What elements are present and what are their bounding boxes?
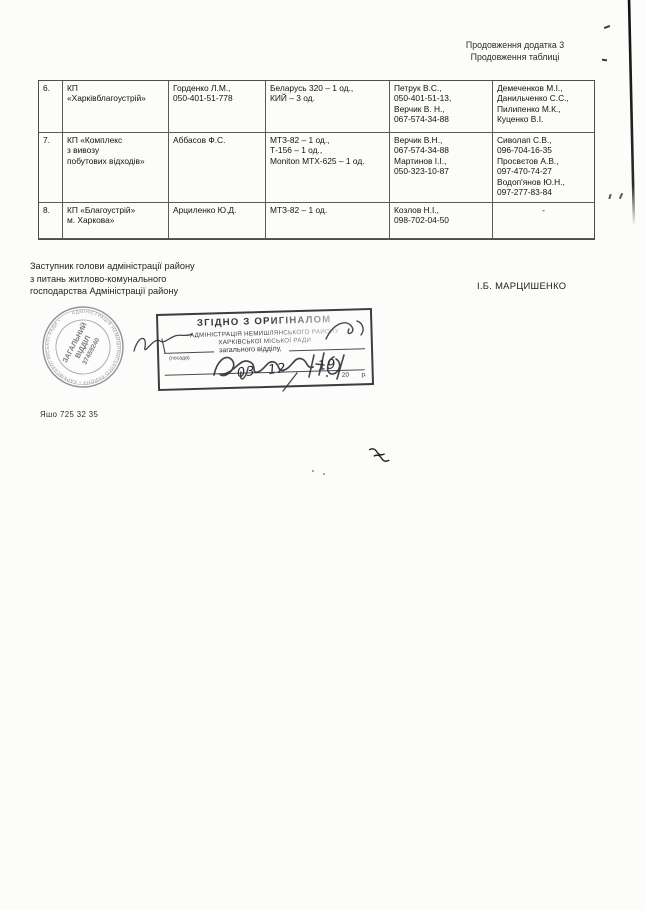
stamp-year-prefix: 20 (342, 372, 349, 379)
scanned-document-page: Продовження додатка 3 Продовження таблиц… (0, 0, 645, 910)
scan-speck (604, 25, 610, 29)
table-cell-row7-dispatchers: Верчик В.Н., 067-574-34-88 Мартинов І.І.… (390, 133, 493, 203)
table-cell-row6-num: 6. (39, 81, 63, 133)
scan-dot (323, 473, 325, 475)
appendix-continuation-note: Продовження додатка 3 Продовження таблиц… (415, 39, 615, 63)
table-cell-row8-dispatchers: Козлов Н.І., 098-702-04-50 (390, 203, 493, 239)
table-cell-row6-equipment: Беларусь 320 – 1 од., КИЙ – 3 од. (266, 81, 390, 133)
table-cell-row8-org: КП «Благоустрій» м. Харкова» (63, 203, 169, 239)
round-seal-stamp: АДМІНІСТРАЦІЯ НЕМИШЛЯНСЬКОГО РАЙОНУ • ХА… (23, 287, 143, 407)
table-cell-row6-dispatchers: Петрук В.С., 050-401-51-13, Верчик В. Н.… (390, 81, 493, 133)
table-cell-row8-drivers: - (493, 203, 594, 239)
certified-true-copy-stamp: ЗГІДНО З ОРИГІНАЛОМ АДМІНІСТРАЦІЯ НЕМИШЛ… (156, 308, 374, 391)
table-cell-row7-contact: Аббасов Ф.С. (169, 133, 266, 203)
handwritten-date-month: 12 (267, 361, 287, 378)
contractors-table: 6. КП «Харківблагоустрій» Горденко Л.М.,… (38, 80, 595, 240)
table-cell-row7-drivers: Сиволап С.В., 096-704-16-35 Просвєтов А.… (493, 133, 594, 203)
stamp-department-blank-line (289, 348, 365, 351)
stamp-year-template: 20 р. (342, 371, 367, 379)
stamp-position-caption: (посада) (169, 355, 190, 362)
table-cell-row8-equipment: МТЗ-82 – 1 од. (266, 203, 390, 239)
table-cell-row7-equipment: МТЗ-82 – 1 од., Т-156 – 1 од., Moniton М… (266, 133, 390, 203)
table-cell-row6-org: КП «Харківблагоустрій» (63, 81, 169, 133)
table-cell-row8-contact: Арциленко Ю.Д. (169, 203, 266, 239)
handwritten-date-year: 19 (317, 357, 337, 374)
stamp-position-blank-line (164, 351, 214, 353)
executor-phone-code: Яшо 725 32 35 (40, 410, 98, 419)
table-cell-row7-num: 7. (39, 133, 63, 203)
signatory-name: І.Б. МАРЦИШЕНКО (477, 280, 566, 291)
table-cell-row6-drivers: Демеченков М.І., Данильченко С.С., Пилип… (493, 81, 594, 133)
scan-speck (608, 194, 611, 199)
scan-dot (312, 470, 314, 472)
scan-squiggle-mark (365, 445, 398, 468)
stamp-year-suffix: р. (361, 371, 367, 378)
stamp-department: загального відділу, (219, 344, 282, 355)
table-cell-row8-num: 8. (39, 203, 63, 239)
table-cell-row6-contact: Горденко Л.М., 050-401-51-778 (169, 81, 266, 133)
scan-edge-line (620, 0, 642, 230)
table-cell-row7-org: КП «Комплекс з вивозу побутових відходів… (63, 133, 169, 203)
handwritten-date-day: 03 (236, 364, 256, 381)
